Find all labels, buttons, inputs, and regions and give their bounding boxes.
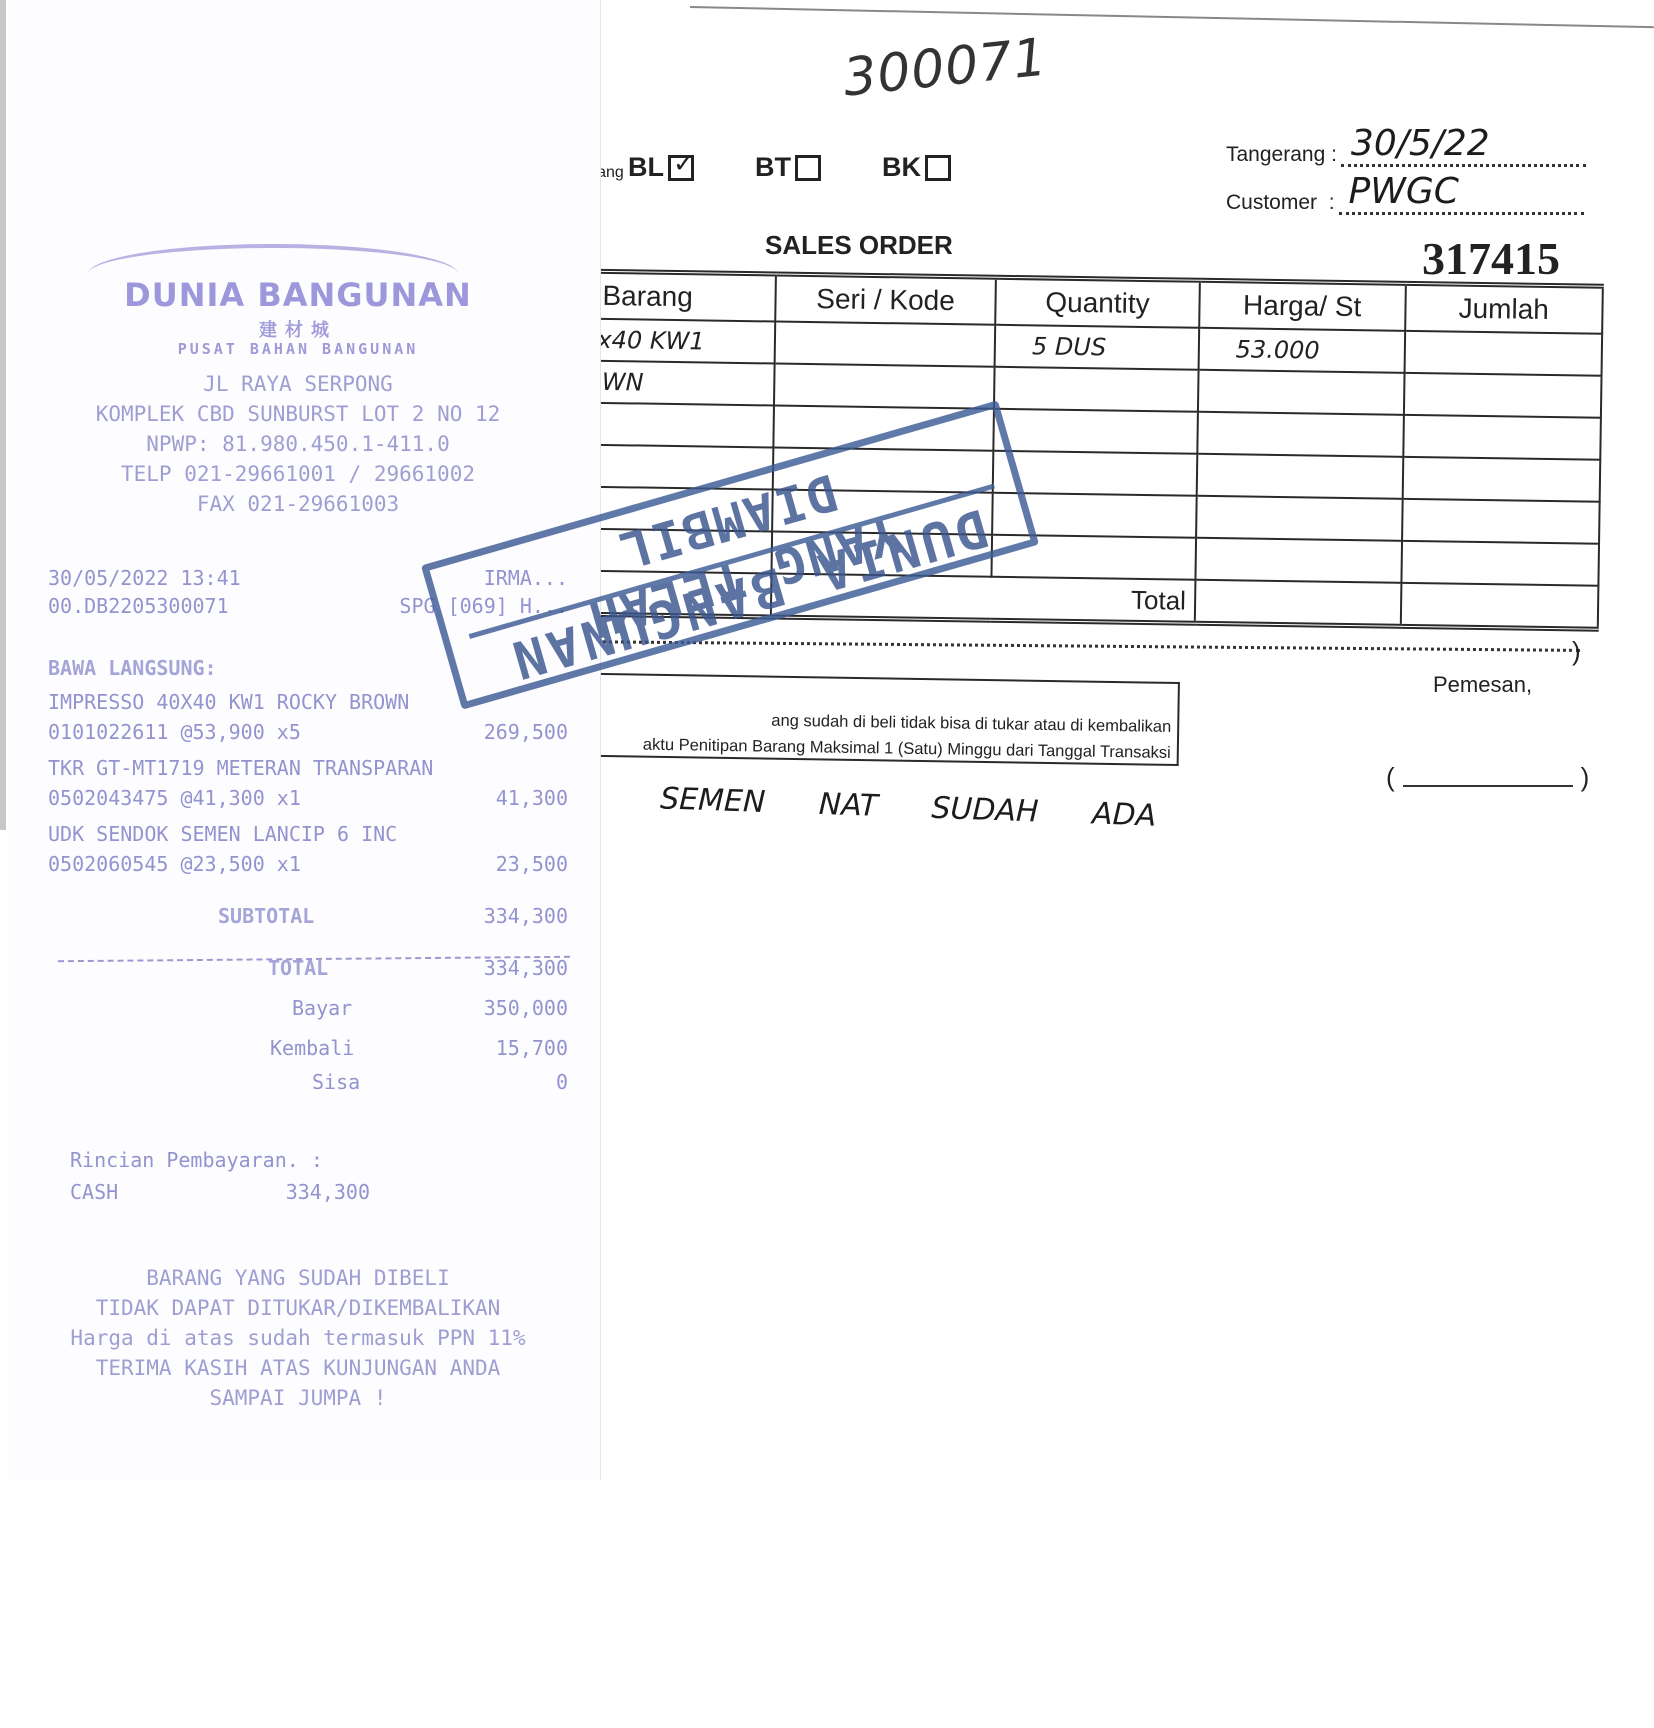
date-label: Tangerang : [1226, 143, 1337, 167]
telephone: TELP 021-29661001 / 29661002 [28, 462, 568, 486]
footer-line: SAMPAI JUMPA ! [28, 1386, 568, 1410]
receipt-item-detail: 0101022611 @53,900 x5269,500 [48, 720, 568, 744]
kembali-value: 15,700 [496, 1036, 568, 1060]
col-price: Harga/ St [1199, 280, 1405, 331]
table-cell [993, 451, 1197, 496]
closing-paren: ) [1572, 636, 1581, 667]
checkbox-checked-icon[interactable] [668, 155, 694, 181]
kembali-row: Kembali 15,700 [48, 1036, 568, 1060]
store-name: DUNIA BANGUNAN [28, 276, 568, 314]
subtotal-label: SUBTOTAL [218, 904, 314, 928]
handwritten-reference: 300071 [840, 27, 1050, 108]
bayar-row: Bayar 350,000 [48, 996, 568, 1020]
date-field[interactable]: Tangerang : 30/5/22 [1226, 140, 1586, 167]
signer-label: Pemesan, [1433, 672, 1532, 698]
kembali-label: Kembali [270, 1036, 354, 1060]
option-label: BT [755, 152, 791, 183]
table-cell [1402, 457, 1600, 502]
form-title: SALES ORDER [765, 230, 953, 261]
sales-order-form: 300071 gerang BL BT BK Tangerang : 30/5/… [560, 0, 1654, 1728]
table-cell [994, 367, 1198, 412]
bayar-value: 350,000 [484, 996, 568, 1020]
store-tagline: PUSAT BAHAN BANGUNAN [28, 340, 568, 358]
order-number: 317415 [1422, 232, 1560, 285]
payment-row: CASH 334,300 [70, 1180, 370, 1204]
total-amount [1400, 583, 1598, 629]
customer-value: PWGC [1349, 174, 1459, 210]
receipt-item-detail: 0502043475 @41,300 x141,300 [48, 786, 568, 810]
datetime: 30/05/2022 13:41 [48, 566, 241, 590]
table-cell [774, 321, 995, 366]
checkbox-icon[interactable] [795, 155, 821, 181]
table-cell [774, 363, 995, 408]
table-cell [1404, 331, 1602, 376]
sisa-value: 0 [556, 1070, 568, 1094]
paren-close: ) [1581, 762, 1590, 793]
store-logo-roof [88, 244, 458, 274]
footer-line: TERIMA KASIH ATAS KUNJUNGAN ANDA [28, 1356, 568, 1380]
dotted-line [560, 640, 1580, 652]
receipt-item-name: UDK SENDOK SEMEN LANCIP 6 INC [48, 822, 568, 846]
signature-line: () [1386, 762, 1589, 793]
payment-label-row: Rincian Pembayaran. : [70, 1148, 590, 1172]
footer-line: TIDAK DAPAT DITUKAR/DIKEMBALIKAN [28, 1296, 568, 1320]
date-value: 30/5/22 [1351, 126, 1490, 162]
table-cell [1196, 454, 1402, 499]
total-label: TOTAL [268, 956, 328, 980]
col-amount: Jumlah [1405, 283, 1603, 333]
option-bl[interactable]: BL [628, 152, 694, 183]
subtotal-row: SUBTOTAL 334,300 [48, 904, 568, 928]
address-line-2: KOMPLEK CBD SUNBURST LOT 2 NO 12 [28, 402, 568, 426]
table-cell [1196, 496, 1402, 541]
footer-line: BARANG YANG SUDAH DIBELI [28, 1266, 568, 1290]
table-cell [1401, 541, 1599, 586]
address-line-1: JL RAYA SERPONG [28, 372, 568, 396]
npwp: NPWP: 81.980.450.1-411.0 [28, 432, 568, 456]
pos-receipt: DUNIA BANGUNAN 建材城 PUSAT BAHAN BANGUNAN … [8, 0, 601, 1480]
total-value: 334,300 [484, 956, 568, 980]
footer-line: Harga di atas sudah termasuk PPN 11% [28, 1326, 568, 1350]
sisa-label: Sisa [312, 1070, 360, 1094]
paren-open: ( [1386, 762, 1395, 793]
payment-label: Rincian Pembayaran. : [70, 1148, 323, 1172]
table-cell [1195, 538, 1401, 583]
checkbox-icon[interactable] [925, 155, 951, 181]
table-cell [993, 409, 1197, 454]
table-cell [1198, 370, 1404, 415]
doc-number: 00.DB2205300071 [48, 594, 229, 618]
table-cell [1197, 412, 1403, 457]
notice-box: ang sudah di beli tidak bisa di tukar at… [539, 672, 1180, 766]
option-bk[interactable]: BK [882, 152, 951, 183]
table-cell [1402, 499, 1600, 544]
table-cell [1403, 373, 1601, 418]
customer-field[interactable]: Customer : PWGC [1226, 188, 1584, 215]
table-cell [1403, 415, 1601, 460]
scan-edge [0, 0, 6, 830]
handwritten-note: SEMEN NAT SUDAH ADA [660, 781, 1157, 833]
store-chinese-name: 建材城 [28, 316, 568, 342]
total-cell [1195, 580, 1401, 627]
item-amount: 23,500 [496, 852, 568, 876]
col-code: Seri / Kode [775, 274, 996, 325]
fax: FAX 021-29661003 [28, 492, 568, 516]
payment-amount: 334,300 [286, 1180, 370, 1204]
sisa-row: Sisa 0 [48, 1070, 568, 1094]
receipt-item-name: TKR GT-MT1719 METERAN TRANSPARAN [48, 756, 568, 780]
item-amount: 41,300 [496, 786, 568, 810]
receipt-item-detail: 0502060545 @23,500 x123,500 [48, 852, 568, 876]
option-bt[interactable]: BT [755, 152, 821, 183]
option-label: BL [628, 152, 664, 183]
table-cell: 53.000 [1198, 328, 1404, 373]
col-quantity: Quantity [995, 277, 1199, 328]
total-row: TOTAL 334,300 [48, 956, 568, 980]
payment-method: CASH [70, 1180, 118, 1204]
option-label: BK [882, 152, 921, 183]
customer-label: Customer : [1226, 191, 1335, 215]
bayar-label: Bayar [292, 996, 352, 1020]
table-cell: 5 DUS [995, 325, 1199, 370]
item-amount: 269,500 [484, 720, 568, 744]
subtotal-value: 334,300 [484, 904, 568, 928]
